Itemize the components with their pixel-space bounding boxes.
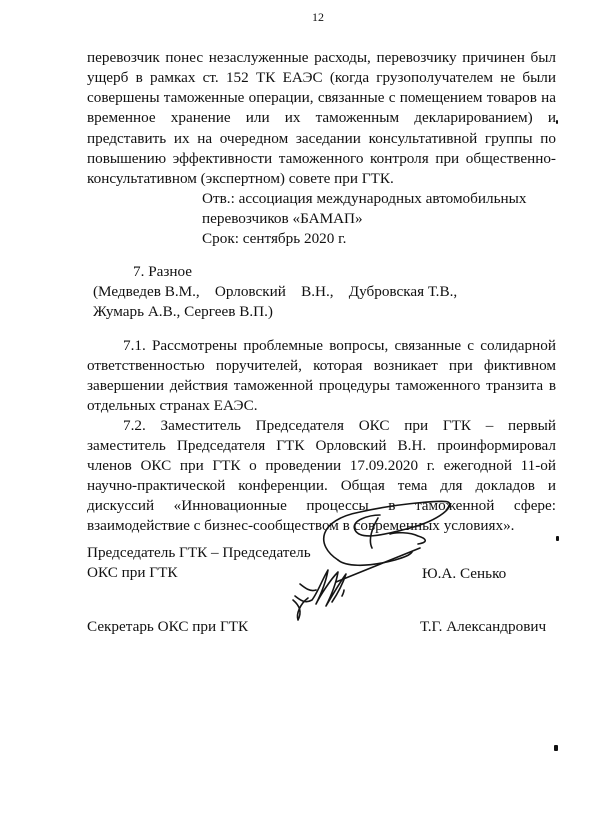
item-line: дискуссий «Инновационные процессы в тамо… bbox=[87, 496, 556, 516]
paragraph-line: повышению эффективности таможенного конт… bbox=[87, 149, 556, 169]
item-line: завершении действия таможенной процедуры… bbox=[87, 376, 556, 396]
paragraph-line: консультативном (экспертном) совете при … bbox=[87, 169, 394, 189]
signer-title: ОКС при ГТК bbox=[87, 563, 177, 583]
paragraph-line: ущерб в рамках ст. 152 ТК ЕАЭС (когда гр… bbox=[87, 68, 556, 88]
paragraph-line: перевозчик понес незаслуженные расходы, … bbox=[87, 48, 556, 68]
item-line: членов ОКС при ГТК о проведении 17.09.20… bbox=[87, 456, 556, 476]
scan-speck bbox=[556, 536, 559, 541]
item-line: ответственностью поручителей, которая во… bbox=[87, 356, 556, 376]
scan-speck bbox=[554, 745, 558, 751]
document-page: 12 перевозчик понес незаслуженные расход… bbox=[0, 0, 591, 826]
item-line: отдельных странах ЕАЭС. bbox=[87, 396, 258, 416]
scan-speck bbox=[556, 120, 558, 124]
item-line: научно-практической конференции. Общая т… bbox=[87, 476, 556, 496]
deadline-line: Срок: сентябрь 2020 г. bbox=[202, 229, 346, 249]
signer-title: Председатель ГТК – Председатель bbox=[87, 543, 311, 563]
paragraph-line: представить их на очередном заседании ко… bbox=[87, 129, 556, 149]
section-heading: 7. Разное bbox=[133, 262, 192, 282]
paragraph-line: временное хранение или их таможенным дек… bbox=[87, 108, 556, 128]
secretary-title: Секретарь ОКС при ГТК bbox=[87, 617, 248, 637]
speakers-line: (Медведев В.М., Орловский В.Н., Дубровск… bbox=[93, 282, 457, 302]
page-number: 12 bbox=[312, 10, 324, 25]
paragraph-line: совершены таможенные операции, связанные… bbox=[87, 88, 556, 108]
signer-name: Ю.А. Сенько bbox=[422, 564, 506, 584]
responsible-line: Отв.: ассоциация международных автомобил… bbox=[202, 189, 526, 209]
speakers-line: Жумарь А.В., Сергеев В.П.) bbox=[93, 302, 273, 322]
item-line: заместитель Председателя ГТК Орловский В… bbox=[87, 436, 556, 456]
responsible-line: перевозчиков «БАМАП» bbox=[202, 209, 363, 229]
item-line: 7.2. Заместитель Председателя ОКС при ГТ… bbox=[123, 416, 556, 436]
secretary-name: Т.Г. Александрович bbox=[420, 617, 546, 637]
item-line: взаимодействие с бизнес-сообществом в со… bbox=[87, 516, 514, 536]
item-line: 7.1. Рассмотрены проблемные вопросы, свя… bbox=[123, 336, 556, 356]
